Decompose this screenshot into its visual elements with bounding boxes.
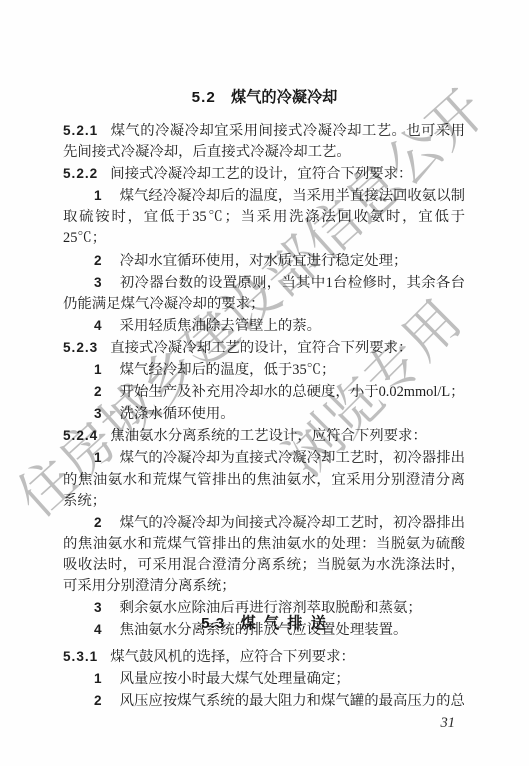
clause-text: 煤气的冷凝冷却宜采用间接式冷凝冷却工艺。也可采用先间接式冷凝冷却，后直接式冷凝冷… xyxy=(63,123,465,160)
item-text: 洗涤水循环使用。 xyxy=(120,406,235,422)
section-heading-5-3: 5.3 煤 气 排 送 xyxy=(0,614,529,633)
item-number: 3 xyxy=(94,406,103,421)
list-item: 2冷却水宜循环使用，对水质宜进行稳定处理； xyxy=(63,250,465,272)
item-text: 风压应按煤气系统的最大阻力和煤气罐的最高压力的总 xyxy=(120,693,465,709)
list-item: 1风量应按小时最大煤气处理量确定； xyxy=(63,668,465,690)
item-number: 1 xyxy=(94,671,103,686)
item-number: 1 xyxy=(94,450,103,465)
clause-text: 直接式冷凝冷却工艺的设计，宜符合下列要求： xyxy=(110,340,412,356)
clause-text: 焦油氨水分离系统的工艺设计，应符合下列要求： xyxy=(110,428,427,444)
item-number: 2 xyxy=(94,515,103,530)
section-heading-5-2: 5.2 煤气的冷凝冷却 xyxy=(0,88,529,107)
item-text: 煤气经冷却后的温度，低于35℃； xyxy=(120,362,336,378)
item-text: 开始生产及补充用冷却水的总硬度，小于0.02mmol/L； xyxy=(120,384,465,400)
page-number: 31 xyxy=(441,715,456,732)
clause-text: 煤气鼓风机的选择，应符合下列要求： xyxy=(110,649,355,665)
list-item: 1煤气的冷凝冷却为直接式冷凝冷却工艺时，初冷器排出的焦油氨水和荒煤气管排出的焦油… xyxy=(63,447,465,511)
item-number: 2 xyxy=(94,253,103,268)
list-item: 2开始生产及补充用冷却水的总硬度，小于0.02mmol/L； xyxy=(63,381,465,403)
section-5-2-body: 5.2.1煤气的冷凝冷却宜采用间接式冷凝冷却工艺。也可采用先间接式冷凝冷却，后直… xyxy=(63,120,465,641)
section-title: 煤 气 排 送 xyxy=(240,615,327,632)
item-number: 3 xyxy=(94,275,103,290)
section-5-3-body: 5.3.1煤气鼓风机的选择，应符合下列要求：1风量应按小时最大煤气处理量确定；2… xyxy=(63,646,465,712)
item-text: 初冷器台数的设置原则，当其中1台检修时，其余各台仍能满足煤气冷凝冷却的要求； xyxy=(63,275,465,312)
clause-paragraph: 5.2.3直接式冷凝冷却工艺的设计，宜符合下列要求： xyxy=(63,337,465,359)
clause-text: 间接式冷凝冷却工艺的设计，宜符合下列要求： xyxy=(110,166,412,182)
clause-paragraph: 5.2.1煤气的冷凝冷却宜采用间接式冷凝冷却工艺。也可采用先间接式冷凝冷却，后直… xyxy=(63,120,465,163)
item-number: 1 xyxy=(94,188,103,203)
list-item: 1煤气经冷却后的温度，低于35℃； xyxy=(63,359,465,381)
item-number: 1 xyxy=(94,362,103,377)
section-number: 5.3 xyxy=(201,615,225,632)
item-text: 冷却水宜循环使用，对水质宜进行稳定处理； xyxy=(120,253,408,269)
clause-number: 5.3.1 xyxy=(63,649,98,664)
clause-paragraph: 5.2.4焦油氨水分离系统的工艺设计，应符合下列要求： xyxy=(63,425,465,447)
clause-number: 5.2.2 xyxy=(63,166,98,181)
section-title: 煤气的冷凝冷却 xyxy=(231,89,337,106)
list-item: 3洗涤水循环使用。 xyxy=(63,403,465,425)
clause-number: 5.2.1 xyxy=(63,123,98,138)
item-number: 2 xyxy=(94,384,103,399)
item-number: 3 xyxy=(94,600,103,615)
item-number: 2 xyxy=(94,693,103,708)
item-text: 采用轻质焦油除去管壁上的萘。 xyxy=(120,318,321,334)
item-text: 煤气经冷凝冷却后的温度，当采用半直接法回收氨以制取硫铵时，宜低于35℃；当采用洗… xyxy=(63,188,465,246)
item-text: 煤气的冷凝冷却为直接式冷凝冷却工艺时，初冷器排出的焦油氨水和荒煤气管排出的焦油氨… xyxy=(63,450,465,508)
list-item: 1煤气经冷凝冷却后的温度，当采用半直接法回收氨以制取硫铵时，宜低于35℃；当采用… xyxy=(63,185,465,249)
list-item: 2风压应按煤气系统的最大阻力和煤气罐的最高压力的总 xyxy=(63,690,465,712)
clause-number: 5.2.3 xyxy=(63,340,98,355)
list-item: 3初冷器台数的设置原则，当其中1台检修时，其余各台仍能满足煤气冷凝冷却的要求； xyxy=(63,272,465,315)
list-item: 2煤气的冷凝冷却为间接式冷凝冷却工艺时，初冷器排出的焦油氨水和荒煤气管排出的焦油… xyxy=(63,512,465,597)
item-text: 煤气的冷凝冷却为间接式冷凝冷却工艺时，初冷器排出的焦油氨水和荒煤气管排出的焦油氨… xyxy=(63,515,465,594)
item-text: 风量应按小时最大煤气处理量确定； xyxy=(120,671,350,687)
list-item: 4采用轻质焦油除去管壁上的萘。 xyxy=(63,315,465,337)
clause-paragraph: 5.2.2间接式冷凝冷却工艺的设计，宜符合下列要求： xyxy=(63,163,465,185)
clause-paragraph: 5.3.1煤气鼓风机的选择，应符合下列要求： xyxy=(63,646,465,668)
item-number: 4 xyxy=(94,318,103,333)
document-page: 住房城乡建设部信息公开 浏览专用 5.2 煤气的冷凝冷却 5.2.1煤气的冷凝冷… xyxy=(0,0,529,766)
section-number: 5.2 xyxy=(192,89,216,106)
clause-number: 5.2.4 xyxy=(63,428,98,443)
